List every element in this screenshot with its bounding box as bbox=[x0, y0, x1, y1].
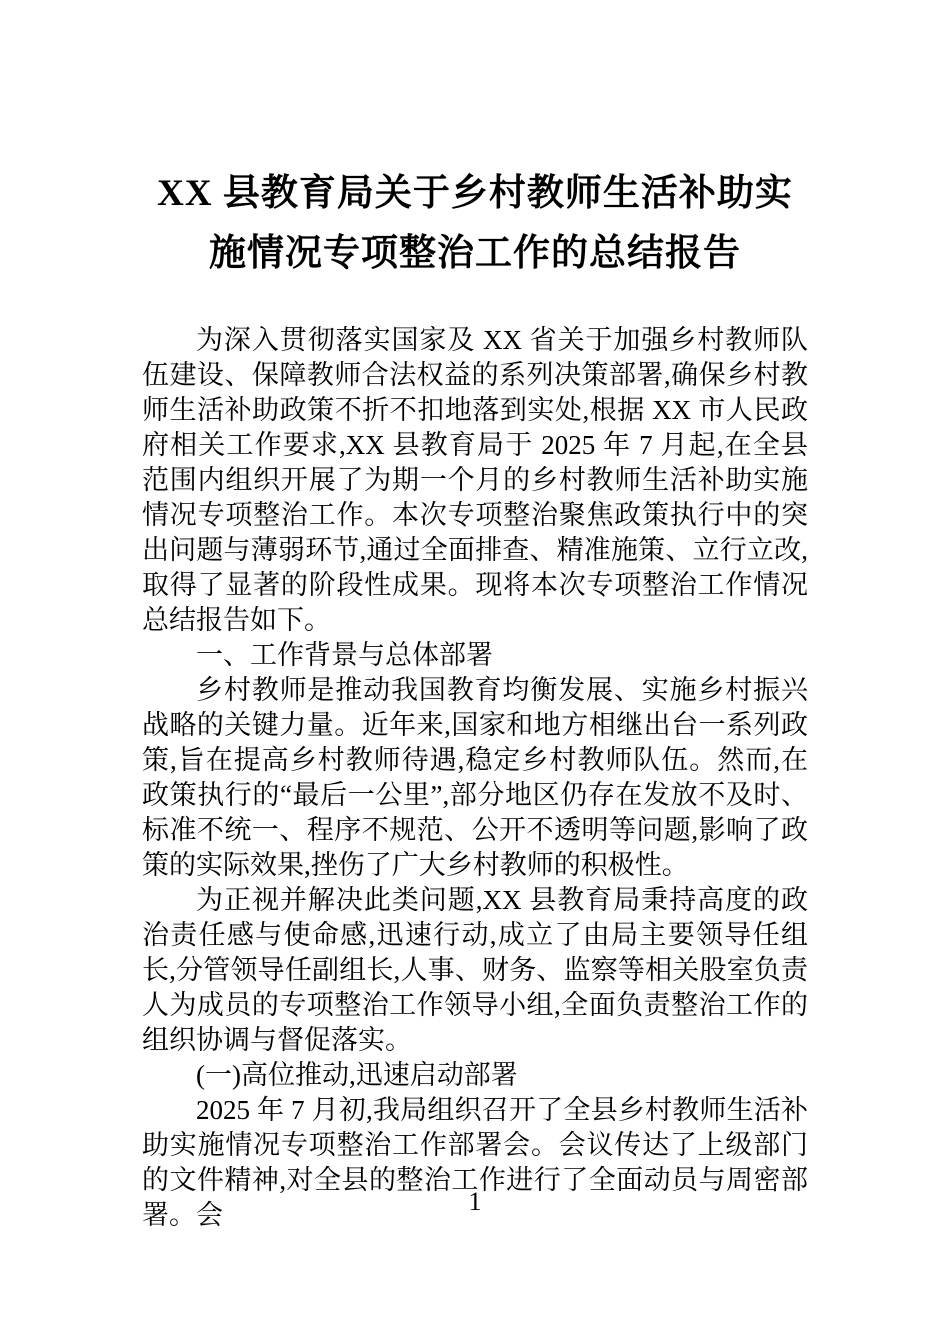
document-body: 为深入贯彻落实国家及 XX 省关于加强乡村教师队伍建设、保障教师合法权益的系列决… bbox=[142, 323, 808, 1233]
document-page: XX 县教育局关于乡村教师生活补助实施情况专项整治工作的总结报告 为深入贯彻落实… bbox=[0, 0, 950, 1344]
paragraph-intro: 为深入贯彻落实国家及 XX 省关于加强乡村教师队伍建设、保障教师合法权益的系列决… bbox=[142, 323, 808, 638]
paragraph-background: 乡村教师是推动我国教育均衡发展、实施乡村振兴战略的关键力量。近年来,国家和地方相… bbox=[142, 673, 808, 883]
document-title: XX 县教育局关于乡村教师生活补助实施情况专项整治工作的总结报告 bbox=[142, 0, 808, 284]
paragraph-leadership-group: 为正视并解决此类问题,XX 县教育局秉持高度的政治责任感与使命感,迅速行动,成立… bbox=[142, 883, 808, 1058]
subsection-heading-1: (一)高位推动,迅速启动部署 bbox=[142, 1058, 808, 1093]
section-heading-1: 一、工作背景与总体部署 bbox=[142, 638, 808, 673]
page-number: 1 bbox=[0, 1186, 950, 1218]
